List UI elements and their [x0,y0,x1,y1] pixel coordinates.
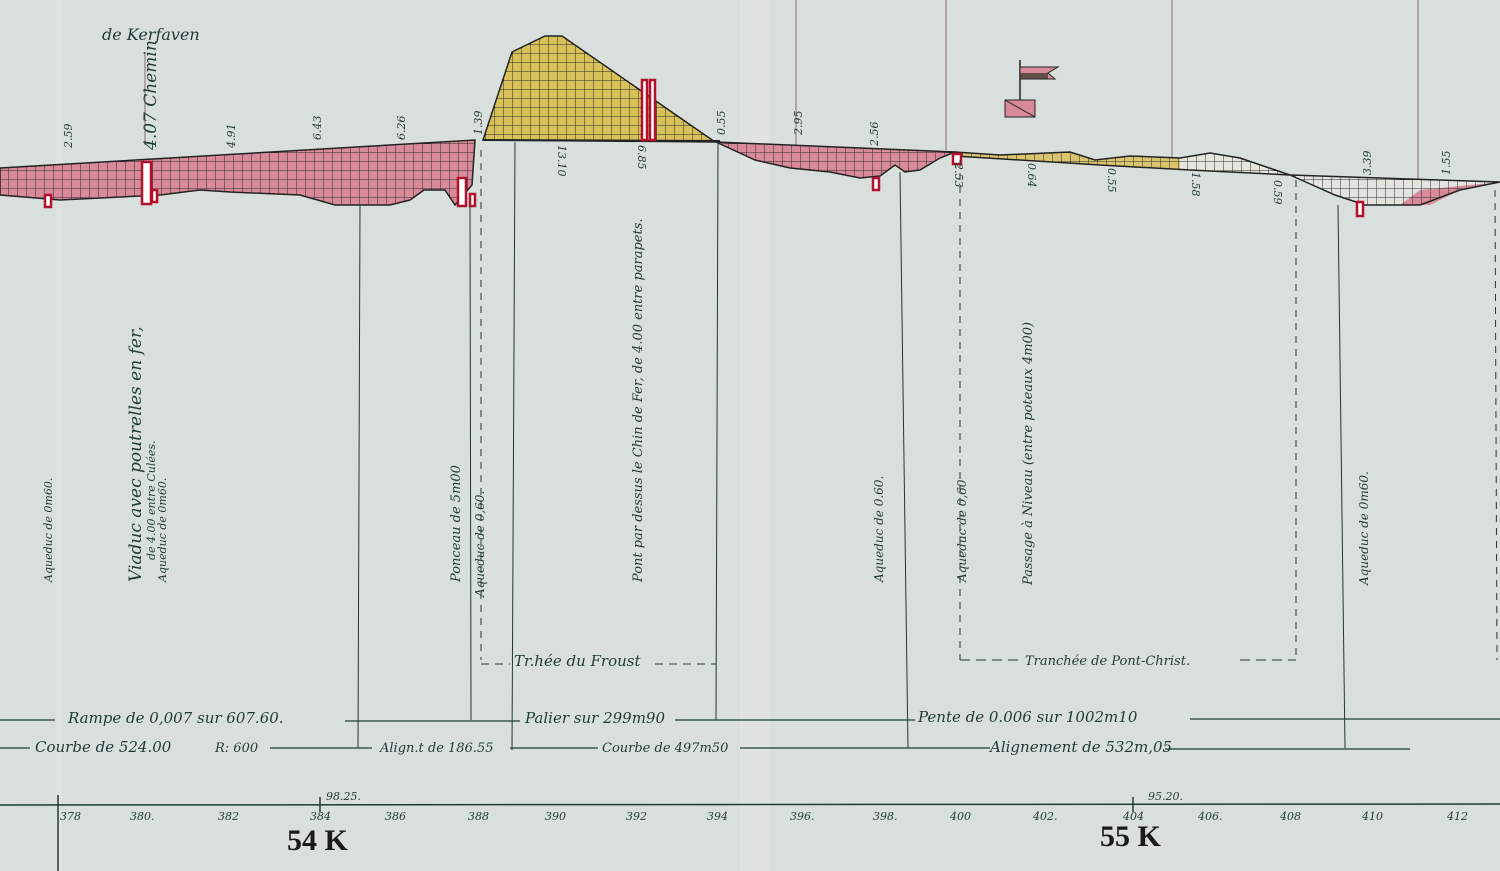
svg-text:2.59: 2.59 [62,124,75,150]
svg-text:402.: 402. [1032,810,1058,823]
svg-text:0.55: 0.55 [1105,168,1118,193]
svg-text:0.64: 0.64 [1025,163,1038,188]
svg-text:Pont par dessus le Chin de Fer: Pont par dessus le Chin de Fer, de 4.00 … [631,218,646,583]
svg-text:Aqueduc de 0.60.: Aqueduc de 0.60. [872,476,886,583]
svg-text:0.55: 0.55 [715,111,728,136]
svg-text:1.39: 1.39 [472,111,485,136]
svg-text:392: 392 [626,810,647,823]
svg-text:Ponceau de 5m00: Ponceau de 5m00 [449,465,464,583]
chemin-label: 4.07 Chemin [141,40,161,151]
svg-text:Viaduc avec poutrelles en fer,: Viaduc avec poutrelles en fer, [126,326,146,582]
svg-text:396.: 396. [790,810,815,823]
svg-text:Aqueduc de 0m60.: Aqueduc de 0m60. [42,478,55,583]
kilometre-54-label: 54 K [287,824,349,857]
alignment-radius: R: 600 [214,741,258,756]
svg-text:398.: 398. [873,810,898,823]
svg-text:384: 384 [310,810,331,823]
svg-text:13.10: 13.10 [555,145,568,177]
svg-text:0.59: 0.59 [1271,180,1284,205]
svg-text:95.20.: 95.20. [1148,790,1183,803]
kilometre-55-label: 55 K [1100,820,1162,853]
svg-text:390: 390 [545,810,566,823]
svg-text:2.56: 2.56 [868,122,881,148]
svg-text:406.: 406. [1197,810,1223,823]
svg-text:412: 412 [1446,810,1468,823]
svg-text:6.26: 6.26 [395,116,408,141]
cutting-froust-label: Tr.hée du Froust [514,652,641,670]
svg-text:408: 408 [1279,810,1301,823]
alignment-straight-1: Align.t de 186.55 [379,741,494,756]
svg-text:378: 378 [60,810,81,823]
svg-text:6.43: 6.43 [311,116,324,141]
svg-text:4.91: 4.91 [225,124,238,150]
alignment-courbe-1: Courbe de 524.00 [35,738,172,756]
svg-text:394: 394 [707,810,728,823]
svg-text:2.53: 2.53 [952,162,965,188]
svg-text:Aqueduc de 0,60.: Aqueduc de 0,60. [473,491,487,598]
alignment-straight-2: Alignement de 532m,05 [988,738,1172,756]
svg-text:6.85: 6.85 [635,145,648,170]
svg-text:1.58: 1.58 [1189,172,1202,197]
svg-text:Aqueduc de 0,60: Aqueduc de 0,60 [955,479,969,583]
svg-text:1.55: 1.55 [1440,151,1453,176]
svg-text:Aqueduc de 0m60.: Aqueduc de 0m60. [1357,471,1371,586]
alignment-courbe-2: Courbe de 497m50 [602,741,728,756]
gradient-pente: Pente de 0.006 sur 1002m10 [917,708,1138,726]
svg-text:386: 386 [385,810,406,823]
railway-longitudinal-profile: de Kerfaven 4.07 Chemin [0,0,1500,871]
svg-text:3.39: 3.39 [1361,151,1374,176]
svg-text:400: 400 [949,810,971,823]
svg-text:410: 410 [1361,810,1383,823]
gradient-rampe: Rampe de 0,007 sur 607.60. [67,709,284,727]
svg-text:380.: 380. [130,810,155,823]
svg-text:98.25.: 98.25. [326,790,361,803]
svg-text:Aqueduc de 0m60.: Aqueduc de 0m60. [156,478,169,583]
svg-text:388: 388 [468,810,489,823]
svg-text:382: 382 [218,810,239,823]
cutting-pont-christ-label: Tranchée de Pont-Christ. [1025,654,1190,669]
svg-text:Passage à Niveau (entre poteau: Passage à Niveau (entre poteaux 4m00) [1021,322,1036,586]
svg-text:2.95: 2.95 [792,111,805,137]
gradient-palier: Palier sur 299m90 [524,709,665,727]
